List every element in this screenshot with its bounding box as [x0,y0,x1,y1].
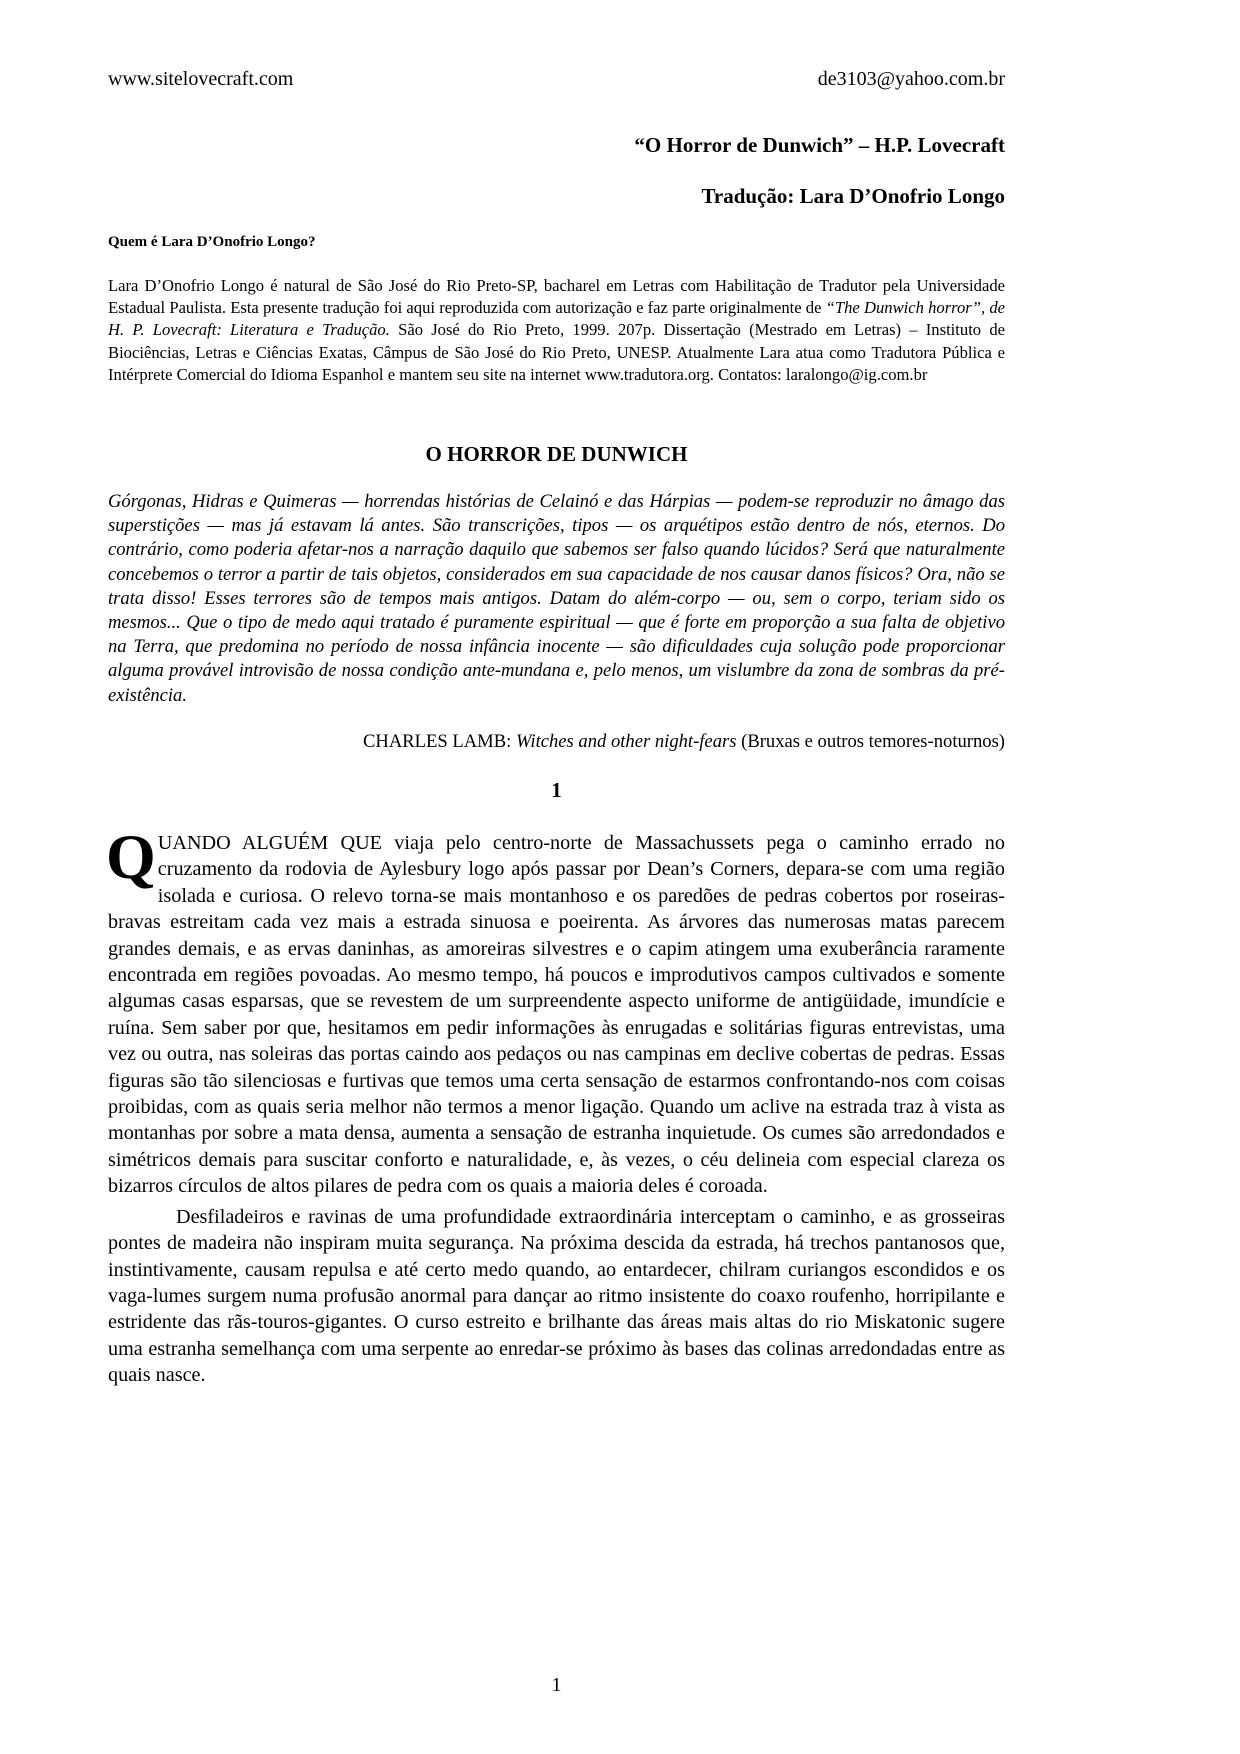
attribution-author: CHARLES LAMB: [363,731,511,752]
body-paragraph: QUANDO ALGUÉM QUE viaja pelo centro-nort… [108,830,1005,1200]
epigraph-attribution: CHARLES LAMB: Witches and other night-fe… [363,729,1005,755]
attribution-work: Witches and other night-fears [516,731,737,752]
website-link[interactable]: www.sitelovecraft.com [108,66,293,92]
body-paragraph: Desfiladeiros e ravinas de uma profundid… [108,1204,1005,1389]
document-title: “O Horror de Dunwich” – H.P. Lovecraft [634,131,1005,159]
paragraph-text: viaja pelo centro-norte de Massachussets… [108,832,1005,1197]
section-number: 1 [108,776,1005,804]
story-body: QUANDO ALGUÉM QUE viaja pelo centro-nort… [108,830,1005,1389]
translator-credit: Tradução: Lara D’Onofrio Longo [701,182,1005,210]
attribution-translation: (Bruxas e outros temores-noturnos) [741,731,1005,752]
story-title: O HORROR DE DUNWICH [108,440,1005,468]
page-header: www.sitelovecraft.com de3103@yahoo.com.b… [108,66,1005,92]
bio-heading: Quem é Lara D’Onofrio Longo? [108,232,316,252]
lead-caps: UANDO ALGUÉM QUE [158,832,382,854]
bio-paragraph: Lara D’Onofrio Longo é natural de São Jo… [108,275,1005,386]
drop-cap: Q [106,832,156,884]
email-link[interactable]: de3103@yahoo.com.br [818,66,1005,92]
epigraph: Górgonas, Hidras e Quimeras — horrendas … [108,490,1005,708]
page-number: 1 [108,1672,1005,1698]
